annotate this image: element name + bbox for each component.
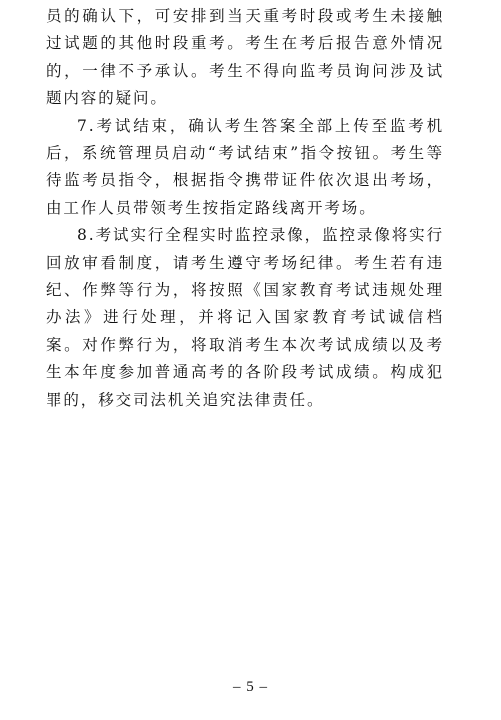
paragraph-continuation: 员的确认下，可安排到当天重考时段或考生未接触过试题的其他时段重考。考生在考后报告… (46, 3, 444, 113)
page-number: – 5 – (0, 679, 501, 696)
paragraph-item-8: 8.考试实行全程实时监控录像，监控录像将实行回放审看制度，请考生遵守考场纪律。考… (46, 222, 444, 414)
document-page-body: 员的确认下，可安排到当天重考时段或考生未接触过试题的其他时段重考。考生在考后报告… (46, 3, 444, 414)
paragraph-item-7: 7.考试结束，确认考生答案全部上传至监考机后，系统管理员启动“考试结束”指令按钮… (46, 113, 444, 223)
